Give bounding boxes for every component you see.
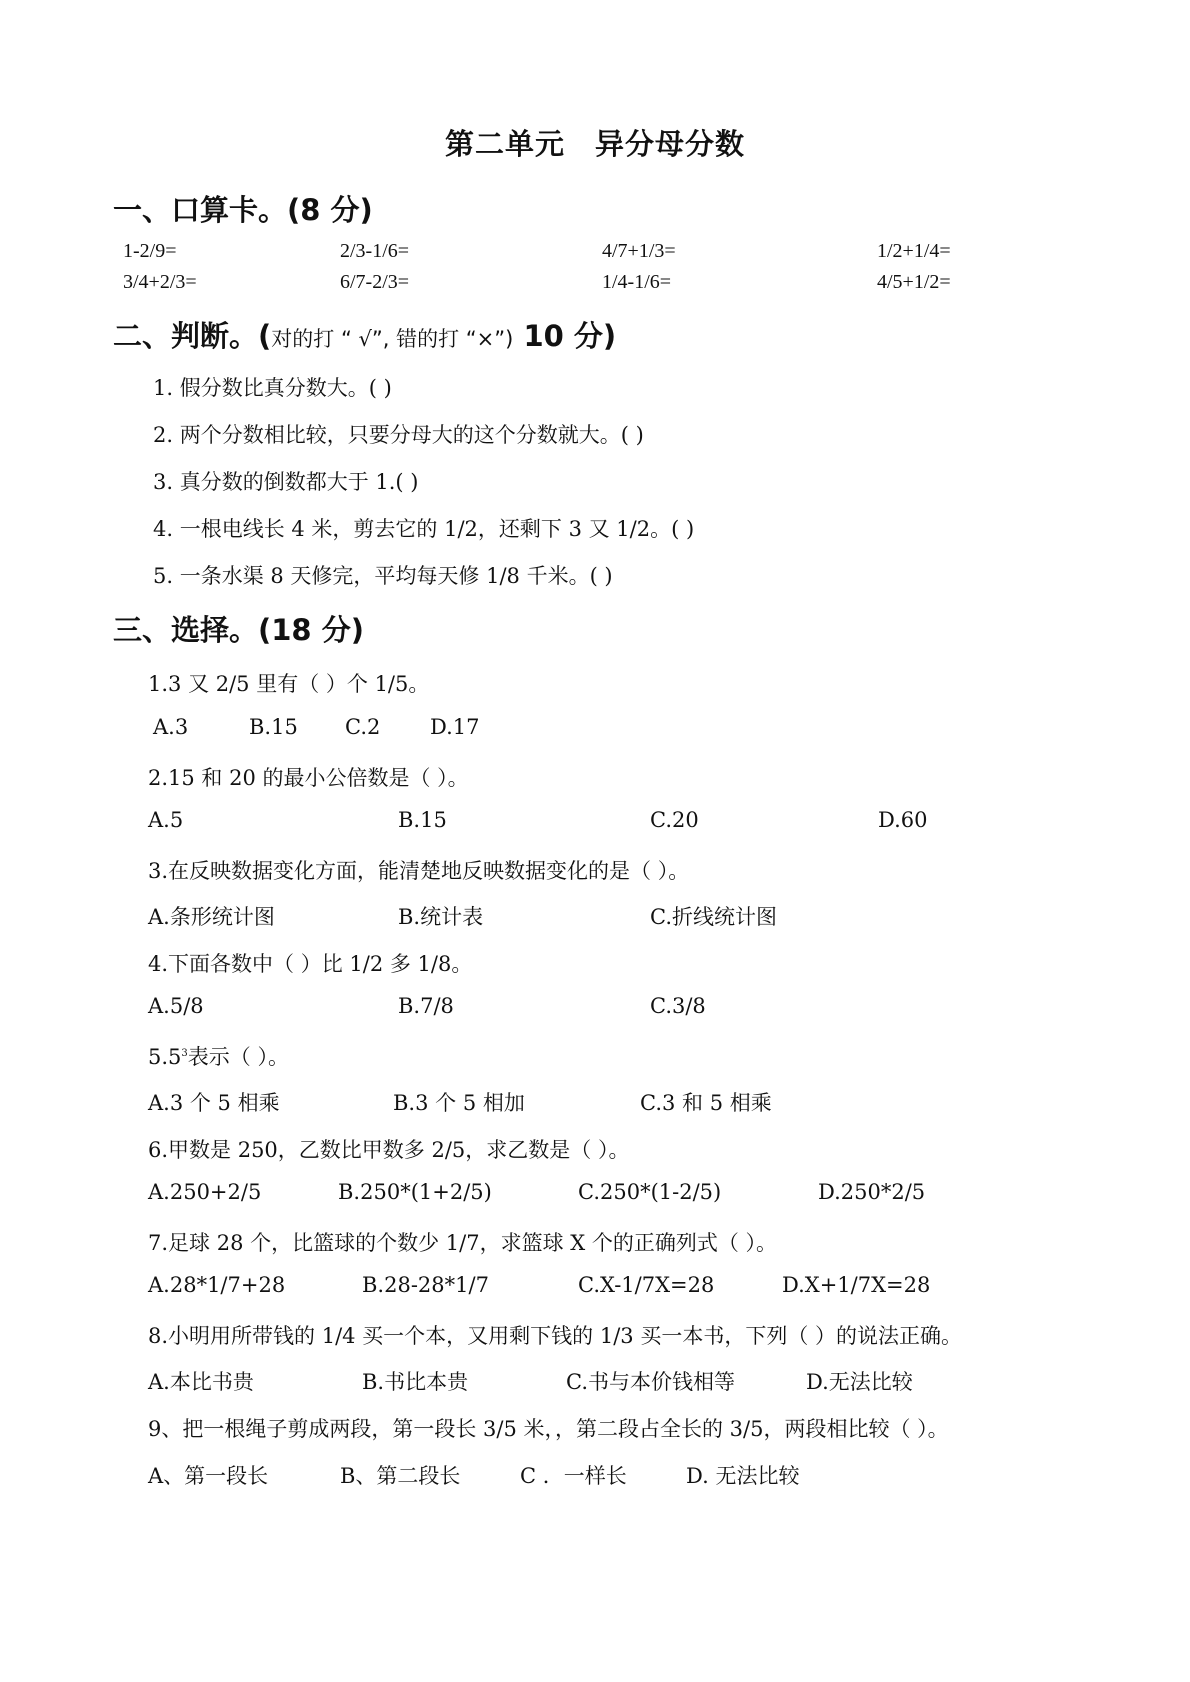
- choice-option: A.3: [153, 715, 188, 739]
- judge-item: 1. 假分数比真分数大。( ): [153, 372, 392, 402]
- choice-option: B.15: [249, 715, 298, 739]
- section-3-heading: 三、选择。(18 分): [113, 608, 364, 649]
- choice-option: A.3 个 5 相乘: [148, 1087, 280, 1117]
- choice-question: 6.甲数是 250，乙数比甲数多 2/5，求乙数是（ ）。: [148, 1134, 629, 1164]
- judge-item: 5. 一条水渠 8 天修完，平均每天修 1/8 千米。( ): [153, 560, 613, 590]
- choice-option: B.7/8: [398, 994, 454, 1018]
- choice-question: 2.15 和 20 的最小公倍数是（ ）。: [148, 762, 469, 792]
- choice-question: 8.小明用所带钱的 1/4 买一个本，又用剩下钱的 1/3 买一本书，下列（ ）…: [148, 1320, 962, 1350]
- choice-option: A.250+2/5: [148, 1180, 261, 1204]
- choice-option: C.3 和 5 相乘: [640, 1087, 772, 1117]
- judge-item: 3. 真分数的倒数都大于 1.( ): [153, 466, 418, 496]
- choice-option: D. 无法比较: [686, 1460, 799, 1490]
- calc-item: 6/7-2/3=: [340, 271, 409, 294]
- calc-item: 4/5+1/2=: [877, 271, 951, 294]
- choice-option: D.无法比较: [806, 1366, 913, 1396]
- choice-option: A.5/8: [148, 994, 204, 1018]
- choice-option: B.统计表: [398, 901, 483, 931]
- question-prefix: 5.5: [148, 1045, 181, 1069]
- calc-item: 2/3-1/6=: [340, 240, 409, 263]
- calc-item: 1/2+1/4=: [877, 240, 951, 263]
- choice-option: C.250*(1-2/5): [578, 1180, 721, 1204]
- choice-question: 4.下面各数中（ ）比 1/2 多 1/8。: [148, 948, 472, 978]
- section-2-heading-main: 二、判断。(: [113, 319, 271, 353]
- choice-option: C.书与本价钱相等: [566, 1366, 735, 1396]
- choice-question: 7.足球 28 个，比篮球的个数少 1/7，求篮球 X 个的正确列式（ ）。: [148, 1227, 777, 1257]
- choice-option: D.X+1/7X=28: [782, 1273, 930, 1297]
- calc-item: 3/4+2/3=: [123, 271, 197, 294]
- question-suffix: 表示（ ）。: [188, 1045, 289, 1069]
- title-unit: 第二单元: [445, 127, 565, 161]
- choice-question: 9、把一根绳子剪成两段，第一段长 3/5 米，，第二段占全长的 3/5，两段相比…: [148, 1413, 949, 1443]
- choice-option: A.5: [148, 808, 183, 832]
- choice-option: C.3/8: [650, 994, 706, 1018]
- choice-question: 3.在反映数据变化方面，能清楚地反映数据变化的是（ ）。: [148, 855, 689, 885]
- section-2-heading-note: 对的打 “ √”, 错的打 “×”): [271, 327, 513, 351]
- choice-option: B、第二段长: [340, 1460, 460, 1490]
- choice-option: D.250*2/5: [818, 1180, 925, 1204]
- page-title: 第二单元异分母分数: [0, 122, 1190, 163]
- choice-option: B.250*(1+2/5): [338, 1180, 492, 1204]
- section-2-heading: 二、判断。(对的打 “ √”, 错的打 “×”) 10 分): [113, 314, 616, 355]
- calc-item: 1-2/9=: [123, 240, 177, 263]
- judge-item: 2. 两个分数相比较，只要分母大的这个分数就大。( ): [153, 419, 644, 449]
- choice-option: B.书比本贵: [362, 1366, 468, 1396]
- choice-option: B.3 个 5 相加: [393, 1087, 525, 1117]
- choice-option: A.条形统计图: [148, 901, 275, 931]
- choice-option: C.20: [650, 808, 699, 832]
- choice-question: 1.3 又 2/5 里有（ ）个 1/5。: [148, 668, 429, 698]
- choice-option: C ．一样长: [520, 1460, 627, 1490]
- section-2-heading-score: 10 分): [513, 319, 616, 353]
- judge-item: 4. 一根电线长 4 米，剪去它的 1/2，还剩下 3 又 1/2。( ): [153, 513, 694, 543]
- choice-option: C.折线统计图: [650, 901, 777, 931]
- choice-option: A.本比书贵: [148, 1366, 254, 1396]
- choice-option: A.28*1/7+28: [148, 1273, 285, 1297]
- section-1-heading: 一、口算卡。(8 分): [113, 188, 373, 229]
- choice-option: A、第一段长: [148, 1460, 268, 1490]
- choice-option: D.60: [878, 808, 928, 832]
- choice-option: C.X-1/7X=28: [578, 1273, 714, 1297]
- title-topic: 异分母分数: [595, 127, 745, 161]
- calc-item: 4/7+1/3=: [602, 240, 676, 263]
- choice-option: C.2: [345, 715, 380, 739]
- choice-option: B.28-28*1/7: [362, 1273, 489, 1297]
- choice-option: D.17: [430, 715, 480, 739]
- choice-question: 5.53表示（ ）。: [148, 1041, 289, 1071]
- calc-item: 1/4-1/6=: [602, 271, 671, 294]
- choice-option: B.15: [398, 808, 447, 832]
